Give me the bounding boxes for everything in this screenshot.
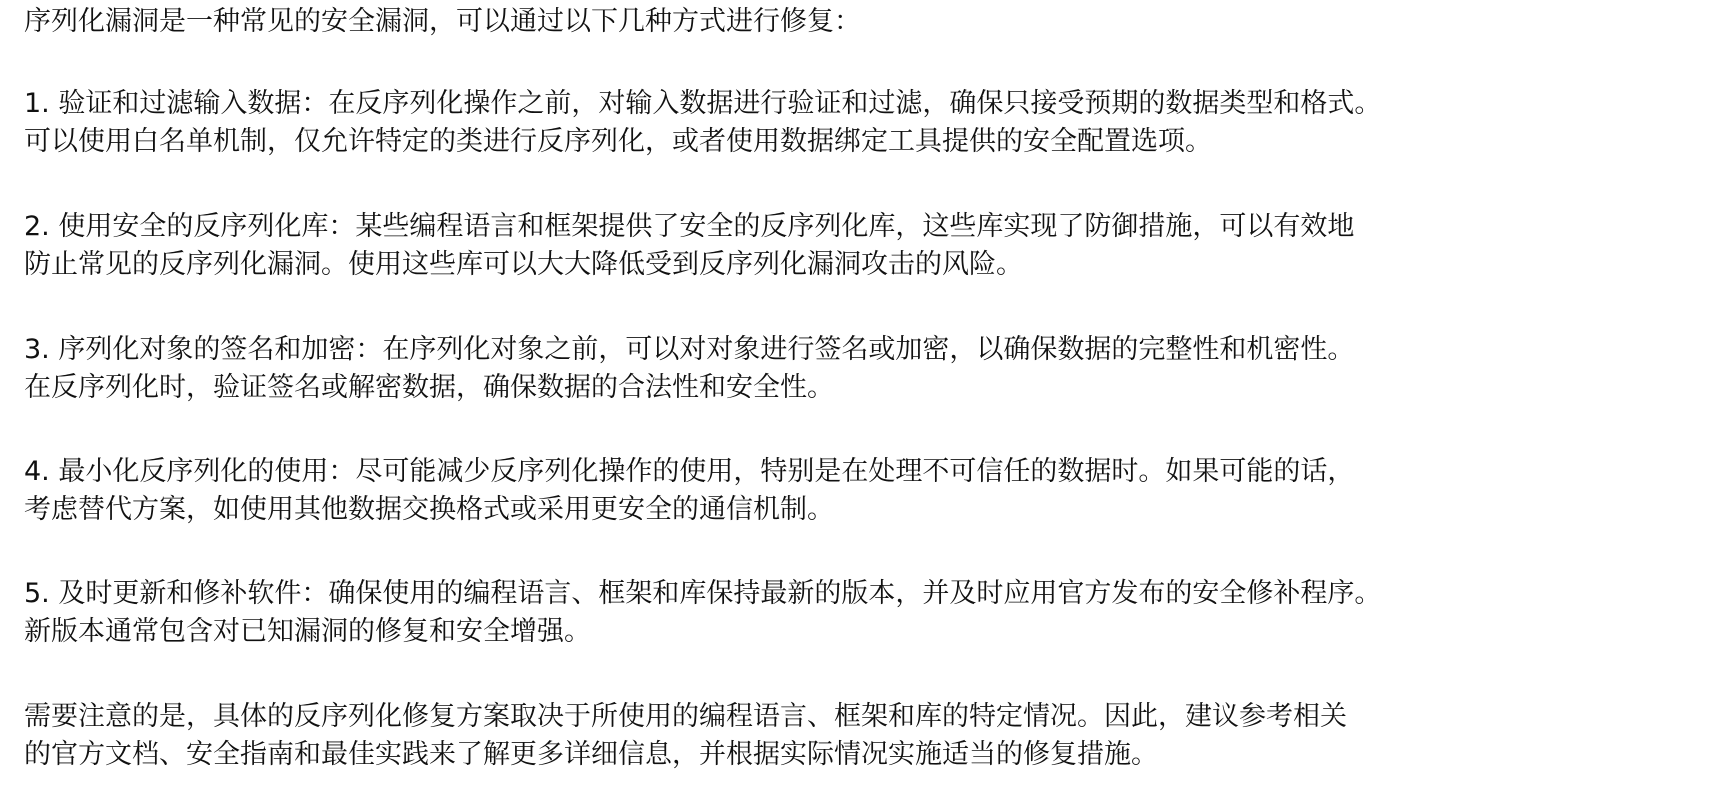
intro-paragraph: 序列化漏洞是一种常见的安全漏洞，可以通过以下几种方式进行修复： bbox=[24, 3, 861, 41]
fix-item-3-line-2: 在反序列化时，验证签名或解密数据，确保数据的合法性和安全性。 bbox=[24, 369, 834, 407]
fix-item-1-line-1: 1. 验证和过滤输入数据：在反序列化操作之前，对输入数据进行验证和过滤，确保只接… bbox=[24, 85, 1381, 123]
fix-item-1-line-2: 可以使用白名单机制，仅允许特定的类进行反序列化，或者使用数据绑定工具提供的安全配… bbox=[24, 123, 1212, 161]
fix-item-5-line-1: 5. 及时更新和修补软件：确保使用的编程语言、框架和库保持最新的版本，并及时应用… bbox=[24, 575, 1381, 613]
fix-item-4-line-2: 考虑替代方案，如使用其他数据交换格式或采用更安全的通信机制。 bbox=[24, 491, 834, 529]
fix-item-2-line-2: 防止常见的反序列化漏洞。使用这些库可以大大降低受到反序列化漏洞攻击的风险。 bbox=[24, 246, 1023, 284]
fix-item-4-line-1: 4. 最小化反序列化的使用：尽可能减少反序列化操作的使用，特别是在处理不可信任的… bbox=[24, 453, 1354, 491]
conclusion-line-1: 需要注意的是，具体的反序列化修复方案取决于所使用的编程语言、框架和库的特定情况。… bbox=[24, 698, 1347, 736]
fix-item-5-line-2: 新版本通常包含对已知漏洞的修复和安全增强。 bbox=[24, 613, 591, 651]
fix-item-2-line-1: 2. 使用安全的反序列化库：某些编程语言和框架提供了安全的反序列化库，这些库实现… bbox=[24, 208, 1354, 246]
fix-item-3-line-1: 3. 序列化对象的签名和加密：在序列化对象之前，可以对对象进行签名或加密，以确保… bbox=[24, 331, 1354, 369]
conclusion-line-2: 的官方文档、安全指南和最佳实践来了解更多详细信息，并根据实际情况实施适当的修复措… bbox=[24, 736, 1158, 774]
